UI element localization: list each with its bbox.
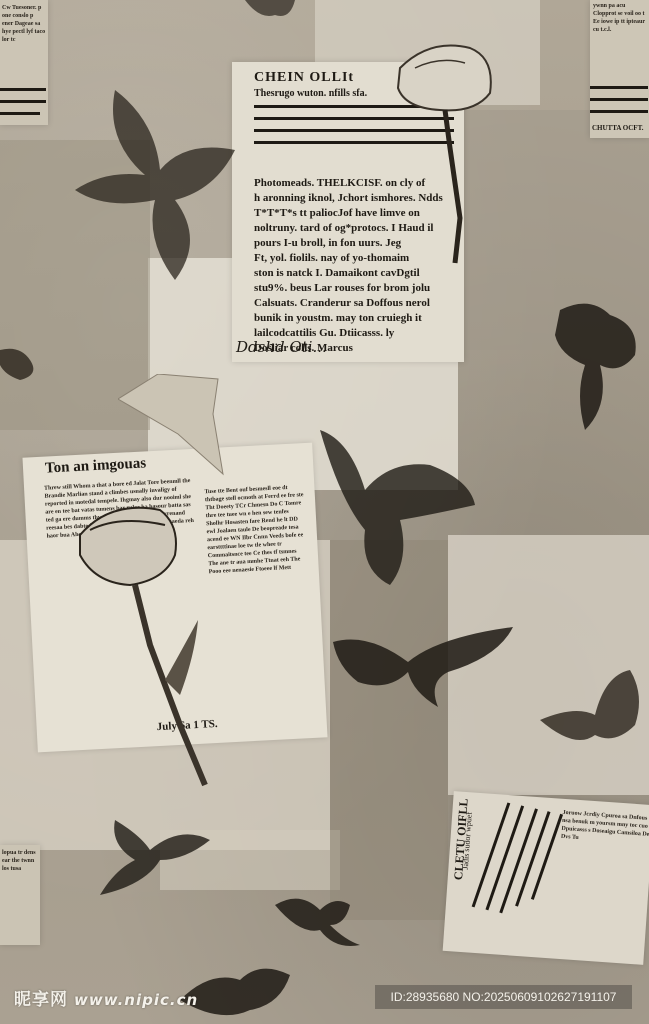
butterfly-icon [65,80,265,290]
newspaper-clipping-bottom-left: lopua tr dens ear the twnn los tusa [0,845,40,945]
watermark-id-bar: ID:28935680 NO:20250609102627191107 [375,985,632,1009]
butterfly-icon [535,665,645,760]
watermark-logo: 昵享网www.nipic.cn [14,985,198,1010]
collage-artwork: Cw Tuesoner. p one conslo p ener Dageae … [0,0,649,1024]
butterfly-icon [550,295,645,435]
butterfly-icon [90,815,215,900]
watermark-url: www.nipic.cn [74,991,198,1009]
newspaper-clipping-top-right: ywnn pa acu Clopprot se voil oo t Ee iow… [590,0,649,138]
watermark-logo-text: 昵享网 [14,990,68,1010]
rose-icon [370,38,510,268]
butterfly-icon [310,420,480,590]
dark-block [330,540,448,920]
butterfly-icon [328,622,518,712]
newspaper-clipping-bottom-right: CLETU OIFLL Jadis sudor wpuef Joruow Jcr… [443,791,649,965]
clipping-headline: CHUTTA OCFT. [592,124,643,132]
handwritten-signature: Ddshd Oti... [236,338,327,356]
butterfly-icon [0,345,40,385]
clipping-headline: CHEIN OLLIt [254,70,354,86]
butterfly-icon [275,890,365,950]
newspaper-clipping-top-left: Cw Tuesoner. p one conslo p ener Dageae … [0,0,48,125]
rose-icon [70,495,220,795]
butterfly-icon [240,0,300,25]
paper-fold-icon [118,374,228,484]
